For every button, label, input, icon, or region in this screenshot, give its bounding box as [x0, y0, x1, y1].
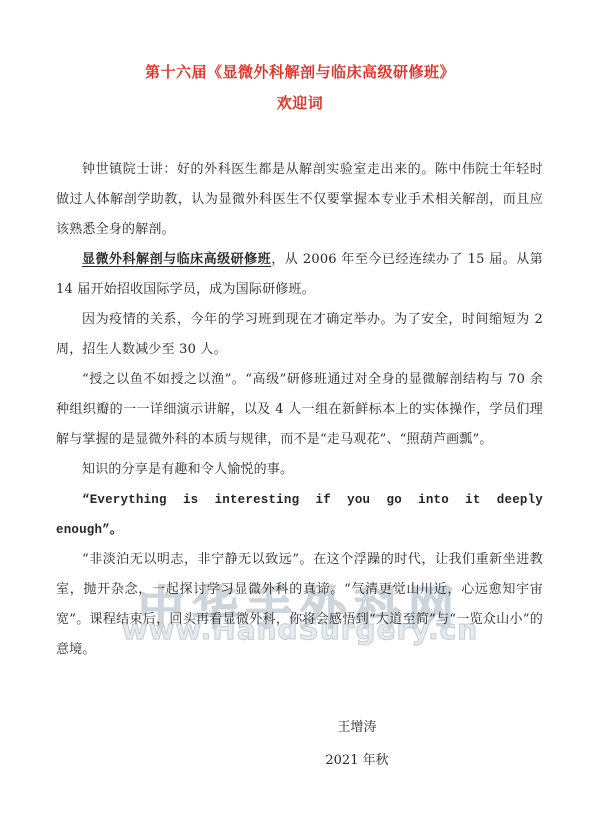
- paragraph-7: “非淡泊无以明志，非宁静无以致远”。在这个浮躁的时代，让我们重新坐进教室，抛开杂…: [56, 545, 543, 665]
- title-block: 第十六届《显微外科解剖与临床高级研修班》 欢迎词: [0, 0, 600, 119]
- document-title: 第十六届《显微外科解剖与临床高级研修班》: [0, 57, 600, 88]
- signature-date: 2021 年秋: [282, 744, 432, 777]
- signature-name: 王增涛: [282, 711, 432, 744]
- paragraph-2-emphasis: 显微外科解剖与临床高级研修班: [82, 252, 271, 267]
- document-subtitle: 欢迎词: [0, 88, 600, 119]
- paragraph-1: 钟世镇院士讲：好的外科医生都是从解剖实验室走出来的。陈中伟院士年轻时做过人体解剖…: [56, 155, 543, 245]
- paragraph-2: 显微外科解剖与临床高级研修班，从 2006 年至今已经连续办了 15 届。从第 …: [56, 245, 543, 305]
- paragraph-3: 因为疫情的关系，今年的学习班到现在才确定举办。为了安全，时间缩短为 2 周，招生…: [56, 305, 543, 365]
- document-page: 中华手外科网 www.HandSurgery.cn 第十六届《显微外科解剖与临床…: [0, 0, 600, 817]
- signature-block: 王增涛 2021 年秋: [282, 711, 432, 777]
- paragraph-5: 知识的分享是有趣和令人愉悦的事。: [56, 455, 543, 485]
- paragraph-6-english-quote: “Everything is interesting if you go int…: [56, 485, 543, 545]
- paragraph-4: “授之以鱼不如授之以渔”。“高级”研修班通过对全身的显微解剖结构与 70 余种组…: [56, 365, 543, 455]
- document-body: 钟世镇院士讲：好的外科医生都是从解剖实验室走出来的。陈中伟院士年轻时做过人体解剖…: [0, 155, 600, 665]
